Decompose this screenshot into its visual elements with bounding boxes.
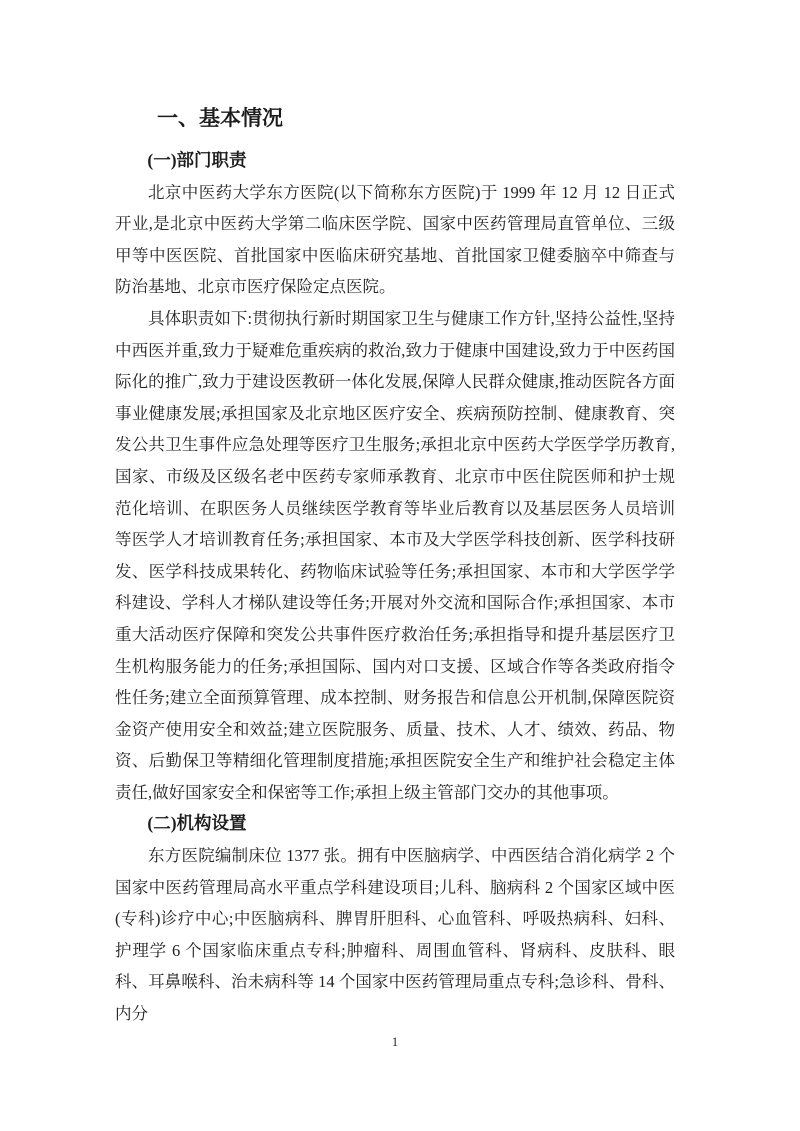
section-organization-setup: (二)机构设置 东方医院编制床位 1377 张。拥有中医脑病学、中西医结合消化病… <box>115 808 675 1029</box>
section-heading-department-duties: (一)部门职责 <box>115 145 675 177</box>
doc-title: 一、基本情况 <box>115 102 675 135</box>
page-number: 1 <box>115 1033 675 1051</box>
paragraph-specific-duties: 具体职责如下:贯彻执行新时期国家卫生与健康工作方针,坚持公益性,坚持中西医并重,… <box>115 303 675 809</box>
section-department-duties: (一)部门职责 北京中医药大学东方医院(以下简称东方医院)于 1999 年 12… <box>115 145 675 808</box>
document-page: 一、基本情况 (一)部门职责 北京中医药大学东方医院(以下简称东方医院)于 19… <box>0 0 800 1131</box>
paragraph-organization-beds-departments: 东方医院编制床位 1377 张。拥有中医脑病学、中西医结合消化病学 2 个国家中… <box>115 840 675 1030</box>
section-heading-organization-setup: (二)机构设置 <box>115 808 675 840</box>
paragraph-hospital-intro: 北京中医药大学东方医院(以下简称东方医院)于 1999 年 12 月 12 日正… <box>115 177 675 303</box>
